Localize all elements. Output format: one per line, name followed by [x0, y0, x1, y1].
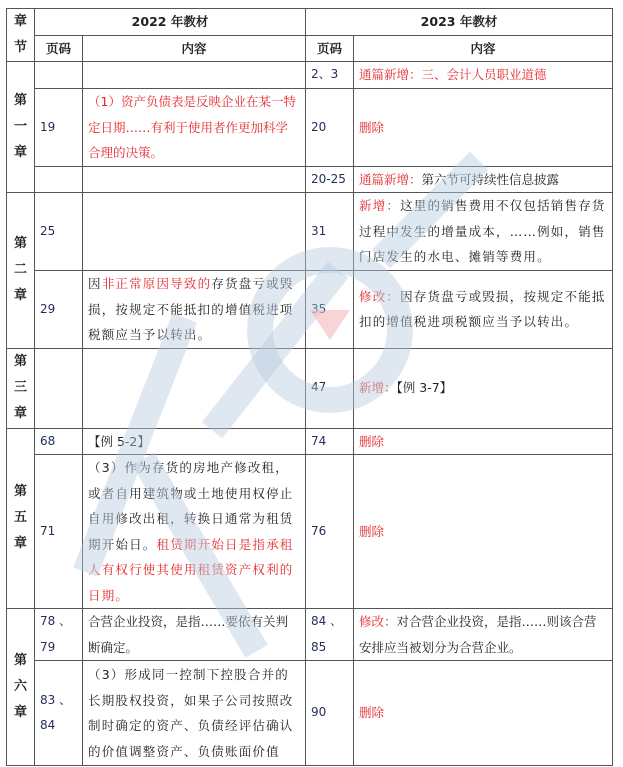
chapter-char: 第 — [7, 349, 34, 375]
page-2023: 31 — [306, 193, 354, 271]
textbook-comparison-table: 章 节 2022 年教材 2023 年教材 页码 内容 页码 内容 第 一 章 … — [6, 8, 613, 766]
page-2023: 20 — [306, 89, 354, 167]
page-2022 — [35, 348, 83, 428]
chapter-header-top: 章 — [7, 9, 34, 35]
content-2022 — [83, 166, 306, 193]
header-page-2023: 页码 — [306, 35, 354, 62]
content-2023: 通篇新增：三、会计人员职业道德 — [354, 62, 613, 89]
content-2023: 修改：对合营企业投资，是指……则该合营安排应当被划分为合营企业。 — [354, 609, 613, 661]
chapter-char: 五 — [7, 505, 34, 531]
chapter-char: 章 — [7, 283, 34, 309]
page-2023: 76 — [306, 455, 354, 609]
page-2022: 29 — [35, 271, 83, 349]
table-row: 83 、84 （3）形成同一控制下控股合并的长期股权投资，如果子公司按照改制时确… — [7, 661, 613, 766]
page-2023: 35 — [306, 271, 354, 349]
page-2022: 71 — [35, 455, 83, 609]
chapter-char: 第 — [7, 231, 34, 257]
chapter-char: 二 — [7, 257, 34, 283]
chapter-char: 第 — [7, 88, 34, 114]
chapter-char: 章 — [7, 700, 34, 726]
change-text: 【例 3-7】 — [397, 380, 453, 395]
content-2023: 新增：【例 3-7】 — [354, 348, 613, 428]
change-note: 新增： — [359, 198, 400, 213]
content-2022 — [83, 348, 306, 428]
page-2022: 78 、79 — [35, 609, 83, 661]
change-note: 修改： — [359, 614, 397, 629]
content-2022: 因非正常原因导致的存货盘亏或毁损，按规定不能抵扣的增值税进项税额应当予以转出。 — [83, 271, 306, 349]
page-2022 — [35, 166, 83, 193]
chapter-5-label: 第 五 章 — [7, 428, 35, 609]
table-row: 第 五 章 68 【例 5-2】 74 删除 — [7, 428, 613, 455]
comparison-document: 章 节 2022 年教材 2023 年教材 页码 内容 页码 内容 第 一 章 … — [6, 8, 613, 766]
table-row: 第 一 章 2、3 通篇新增：三、会计人员职业道德 — [7, 62, 613, 89]
page-2022 — [35, 62, 83, 89]
content-2022: （3）形成同一控制下控股合并的长期股权投资，如果子公司按照改制时确定的资产、负债… — [83, 661, 306, 766]
content-2022: （1）资产负债表是反映企业在某一特定日期……有利于使用者作更加科学合理的决策。 — [83, 89, 306, 167]
content-2023: 通篇新增：第六节可持续性信息披露 — [354, 166, 613, 193]
chapter-char: 章 — [7, 140, 34, 166]
header-2022: 2022 年教材 — [35, 9, 306, 36]
content-2022: （3）作为存货的房地产修改租，或者自用建筑物或土地使用权停止自用修改出租，转换日… — [83, 455, 306, 609]
header-2023: 2023 年教材 — [306, 9, 613, 36]
content-2022: 【例 5-2】 — [83, 428, 306, 455]
highlighted-text: 非正常原因导致的 — [102, 276, 212, 291]
table-row: 71 （3）作为存货的房地产修改租，或者自用建筑物或土地使用权停止自用修改出租，… — [7, 455, 613, 609]
table-row: 第 三 章 47 新增：【例 3-7】 — [7, 348, 613, 428]
page-2022: 25 — [35, 193, 83, 271]
page-2023: 2、3 — [306, 62, 354, 89]
content-2023: 删除 — [354, 455, 613, 609]
table-row: 第 二 章 25 31 新增：这里的销售费用不仅包括销售存货过程中发生的增量成本… — [7, 193, 613, 271]
chapter-header: 章 节 — [7, 9, 35, 62]
content-2022: 合营企业投资，是指……要依有关判断确定。 — [83, 609, 306, 661]
change-note: 通篇新增：三、会计人员职业道德 — [359, 67, 547, 82]
page-2022: 19 — [35, 89, 83, 167]
page-2023: 74 — [306, 428, 354, 455]
content-2023: 新增：这里的销售费用不仅包括销售存货过程中发生的增量成本，……例如，销售门店发生… — [354, 193, 613, 271]
table-row: 20-25 通篇新增：第六节可持续性信息披露 — [7, 166, 613, 193]
content-2023: 删除 — [354, 89, 613, 167]
page-2023: 90 — [306, 661, 354, 766]
content-2023: 删除 — [354, 661, 613, 766]
header-content-2022: 内容 — [83, 35, 306, 62]
chapter-char: 章 — [7, 401, 34, 427]
content-2022 — [83, 62, 306, 89]
chapter-char: 一 — [7, 114, 34, 140]
page-2023: 47 — [306, 348, 354, 428]
chapter-char: 三 — [7, 375, 34, 401]
content-2023: 删除 — [354, 428, 613, 455]
chapter-1-label: 第 一 章 — [7, 62, 35, 193]
change-note: 修改： — [359, 289, 400, 304]
chapter-char: 六 — [7, 674, 34, 700]
chapter-6-label: 第 六 章 — [7, 609, 35, 766]
page-2023: 84 、85 — [306, 609, 354, 661]
table-row: 29 因非正常原因导致的存货盘亏或毁损，按规定不能抵扣的增值税进项税额应当予以转… — [7, 271, 613, 349]
page-2022: 68 — [35, 428, 83, 455]
content-2023: 修改：因存货盘亏或毁损，按规定不能抵扣的增值税进项税额应当予以转出。 — [354, 271, 613, 349]
page-2023: 20-25 — [306, 166, 354, 193]
page-2022: 83 、84 — [35, 661, 83, 766]
table-row: 第 六 章 78 、79 合营企业投资，是指……要依有关判断确定。 84 、85… — [7, 609, 613, 661]
chapter-char: 第 — [7, 479, 34, 505]
change-note: 通篇新增： — [359, 172, 422, 187]
chapter-2-label: 第 二 章 — [7, 193, 35, 349]
content-prefix: 因 — [88, 276, 102, 291]
table-row: 19 （1）资产负债表是反映企业在某一特定日期……有利于使用者作更加科学合理的决… — [7, 89, 613, 167]
chapter-header-bottom: 节 — [7, 35, 34, 61]
header-page-2022: 页码 — [35, 35, 83, 62]
change-note: 新增： — [359, 380, 397, 395]
change-text: 第六节可持续性信息披露 — [422, 172, 560, 187]
chapter-char: 第 — [7, 648, 34, 674]
chapter-char: 章 — [7, 531, 34, 557]
content-2022 — [83, 193, 306, 271]
header-content-2023: 内容 — [354, 35, 613, 62]
chapter-3-label: 第 三 章 — [7, 348, 35, 428]
